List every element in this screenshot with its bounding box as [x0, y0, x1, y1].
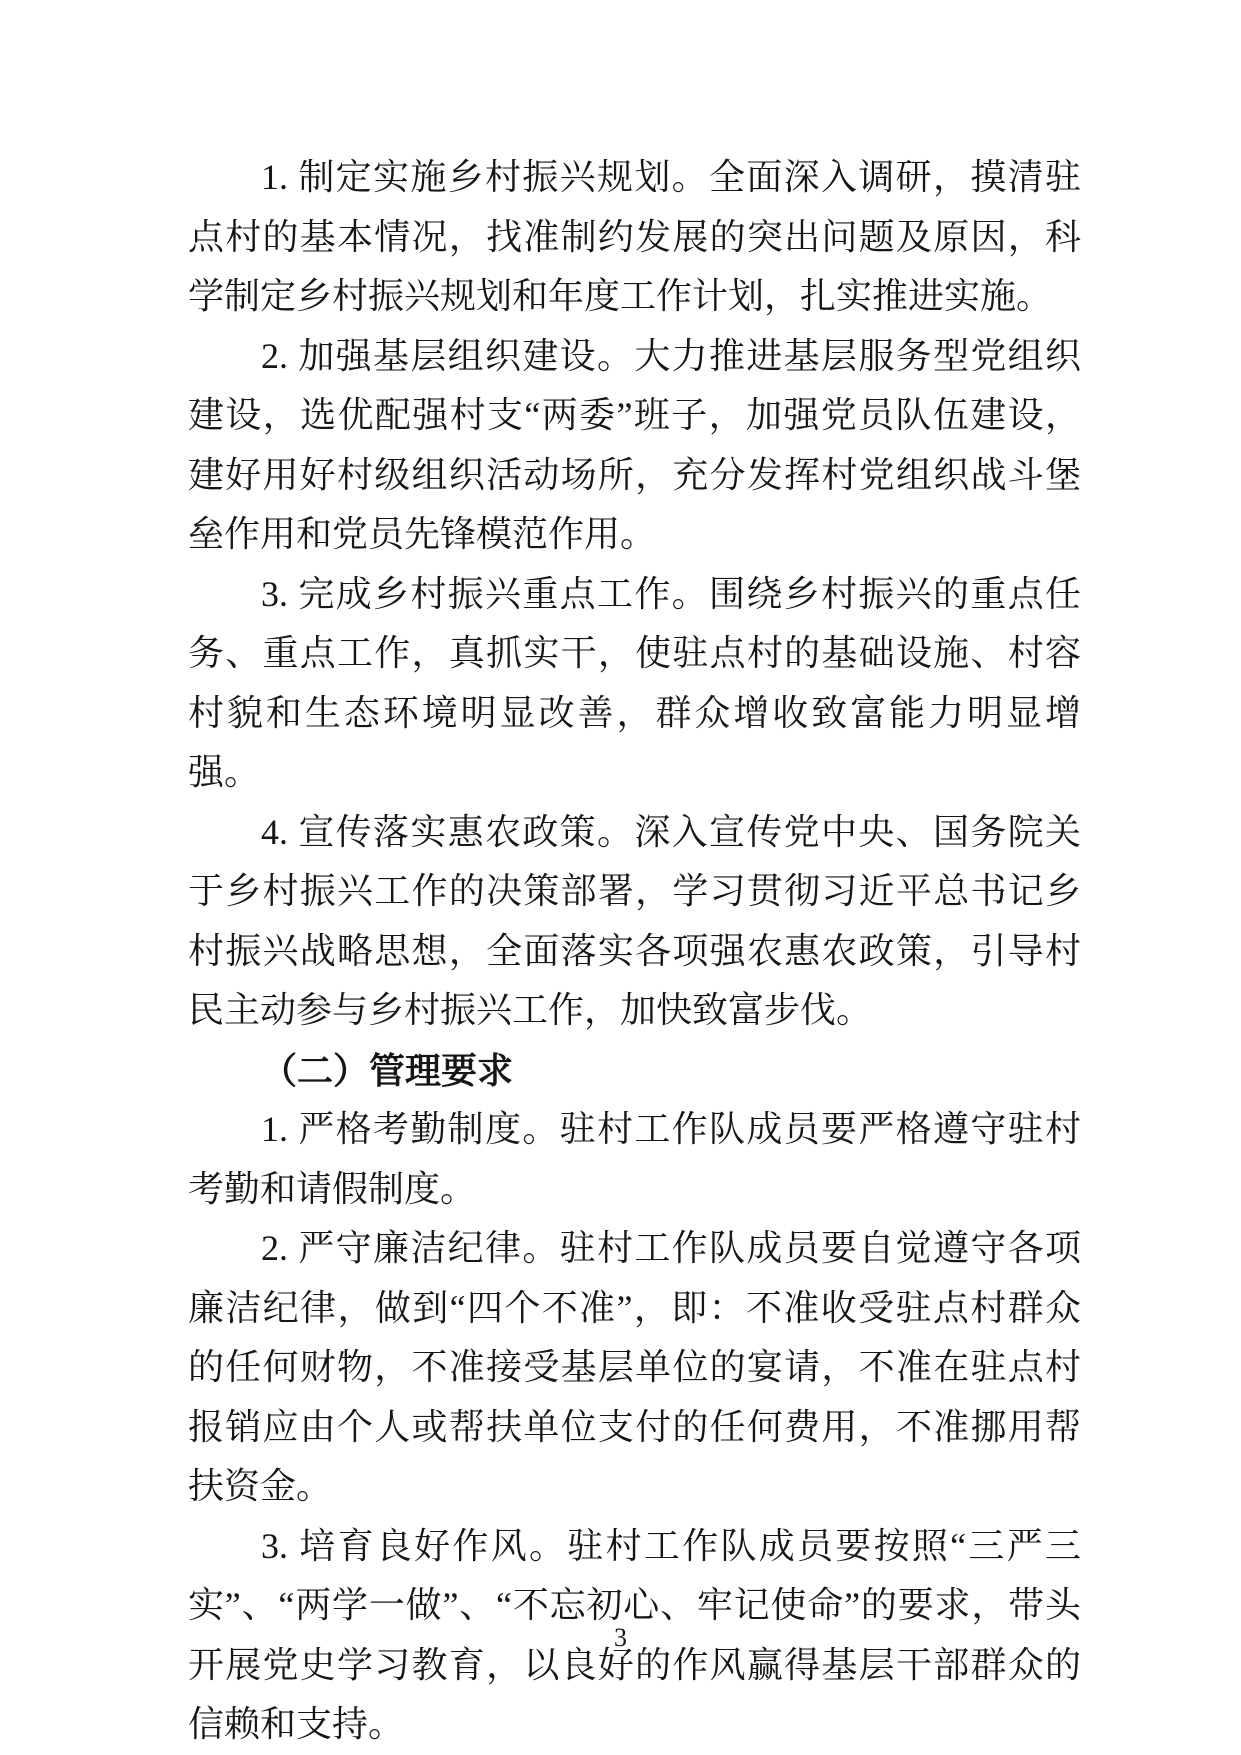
document-page: 1. 制定实施乡村振兴规划。全面深入调研，摸清驻点村的基本情况，找准制约发展的突… [0, 0, 1241, 1755]
paragraph-integrity-discipline: 2. 严守廉洁纪律。驻村工作队成员要自觉遵守各项廉洁纪律，做到“四个不准”，即：… [188, 1219, 1081, 1517]
paragraph-policy-publicity: 4. 宣传落实惠农政策。深入宣传党中央、国务院关于乡村振兴工作的决策部署，学习贯… [188, 803, 1081, 1041]
paragraph-key-tasks: 3. 完成乡村振兴重点工作。围绕乡村振兴的重点任务、重点工作，真抓实干，使驻点村… [188, 565, 1081, 803]
paragraph-plan: 1. 制定实施乡村振兴规划。全面深入调研，摸清驻点村的基本情况，找准制约发展的突… [188, 148, 1081, 327]
page-number: 3 [0, 1622, 1241, 1654]
paragraph-grassroots-org: 2. 加强基层组织建设。大力推进基层服务型党组织建设，选优配强村支“两委”班子，… [188, 327, 1081, 565]
paragraph-attendance: 1. 严格考勤制度。驻村工作队成员要严格遵守驻村考勤和请假制度。 [188, 1100, 1081, 1219]
section-heading-management-requirements: （二）管理要求 [188, 1041, 1081, 1101]
